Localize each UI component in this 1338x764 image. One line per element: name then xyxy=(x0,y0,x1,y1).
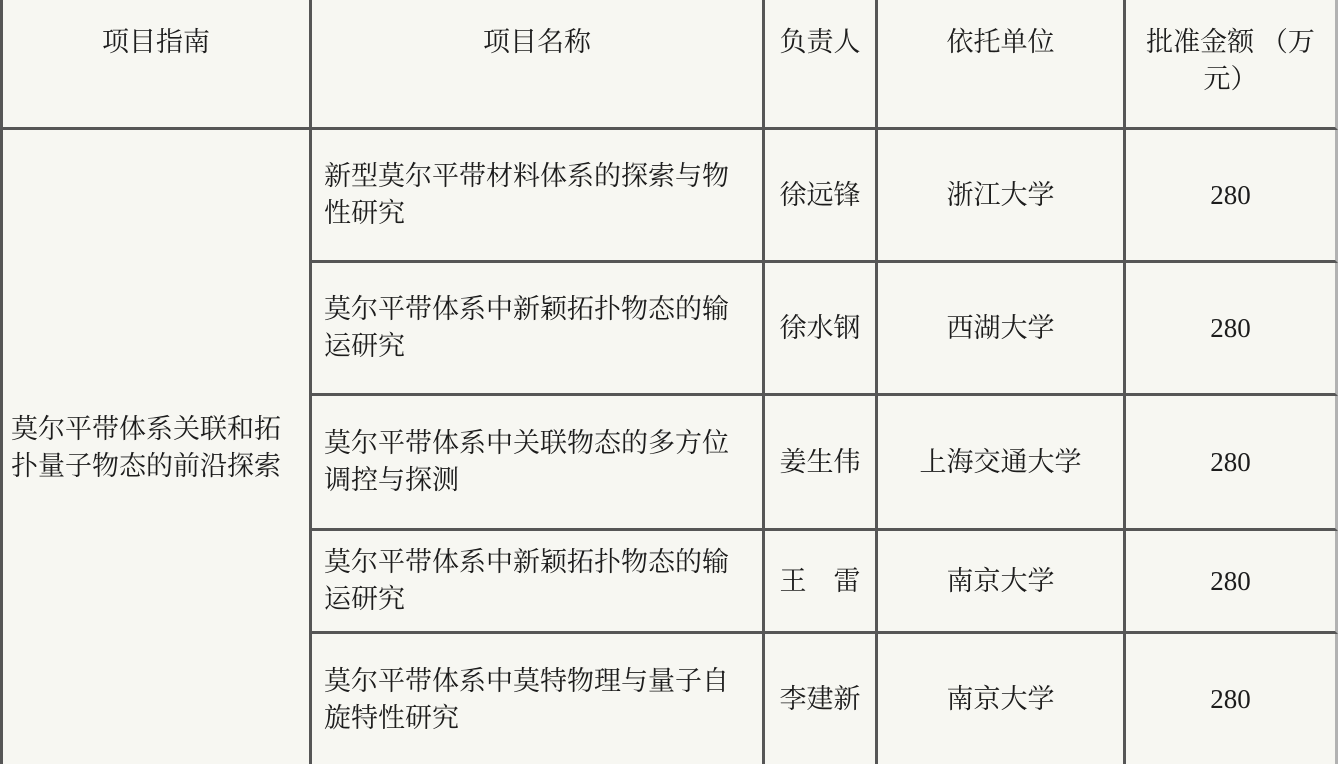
institution-cell: 浙江大学 xyxy=(878,130,1126,263)
pi-cell: 徐远锋 xyxy=(765,130,878,263)
project-name-cell: 莫尔平带体系中莫特物理与量子自旋特性研究 xyxy=(312,634,765,764)
project-name-cell: 新型莫尔平带材料体系的探索与物性研究 xyxy=(312,130,765,263)
header-institution: 依托单位 xyxy=(878,0,1126,130)
project-name-cell: 莫尔平带体系中新颖拓扑物态的输运研究 xyxy=(312,531,765,634)
project-name-cell: 莫尔平带体系中新颖拓扑物态的输运研究 xyxy=(312,263,765,396)
header-project-guide: 项目指南 xyxy=(0,0,312,130)
table-row: 莫尔平带体系关联和拓扑量子物态的前沿探索 新型莫尔平带材料体系的探索与物性研究 … xyxy=(0,130,1338,263)
funding-table: 项目指南 项目名称 负责人 依托单位 批准金额 （万元） 莫尔平带体系关联和拓扑… xyxy=(0,0,1338,764)
amount-cell: 280 xyxy=(1126,634,1338,764)
institution-cell: 西湖大学 xyxy=(878,263,1126,396)
institution-cell: 南京大学 xyxy=(878,531,1126,634)
header-project-name: 项目名称 xyxy=(312,0,765,130)
institution-cell: 南京大学 xyxy=(878,634,1126,764)
header-principal-investigator: 负责人 xyxy=(765,0,878,130)
amount-cell: 280 xyxy=(1126,531,1338,634)
project-guide-cell: 莫尔平带体系关联和拓扑量子物态的前沿探索 xyxy=(0,130,312,764)
pi-cell: 李建新 xyxy=(765,634,878,764)
header-row: 项目指南 项目名称 负责人 依托单位 批准金额 （万元） xyxy=(0,0,1338,130)
amount-cell: 280 xyxy=(1126,396,1338,531)
institution-cell: 上海交通大学 xyxy=(878,396,1126,531)
pi-cell: 王 雷 xyxy=(765,531,878,634)
amount-cell: 280 xyxy=(1126,263,1338,396)
header-approved-amount: 批准金额 （万元） xyxy=(1126,0,1338,130)
pi-cell: 徐水钢 xyxy=(765,263,878,396)
pi-cell: 姜生伟 xyxy=(765,396,878,531)
amount-cell: 280 xyxy=(1126,130,1338,263)
project-name-cell: 莫尔平带体系中关联物态的多方位调控与探测 xyxy=(312,396,765,531)
